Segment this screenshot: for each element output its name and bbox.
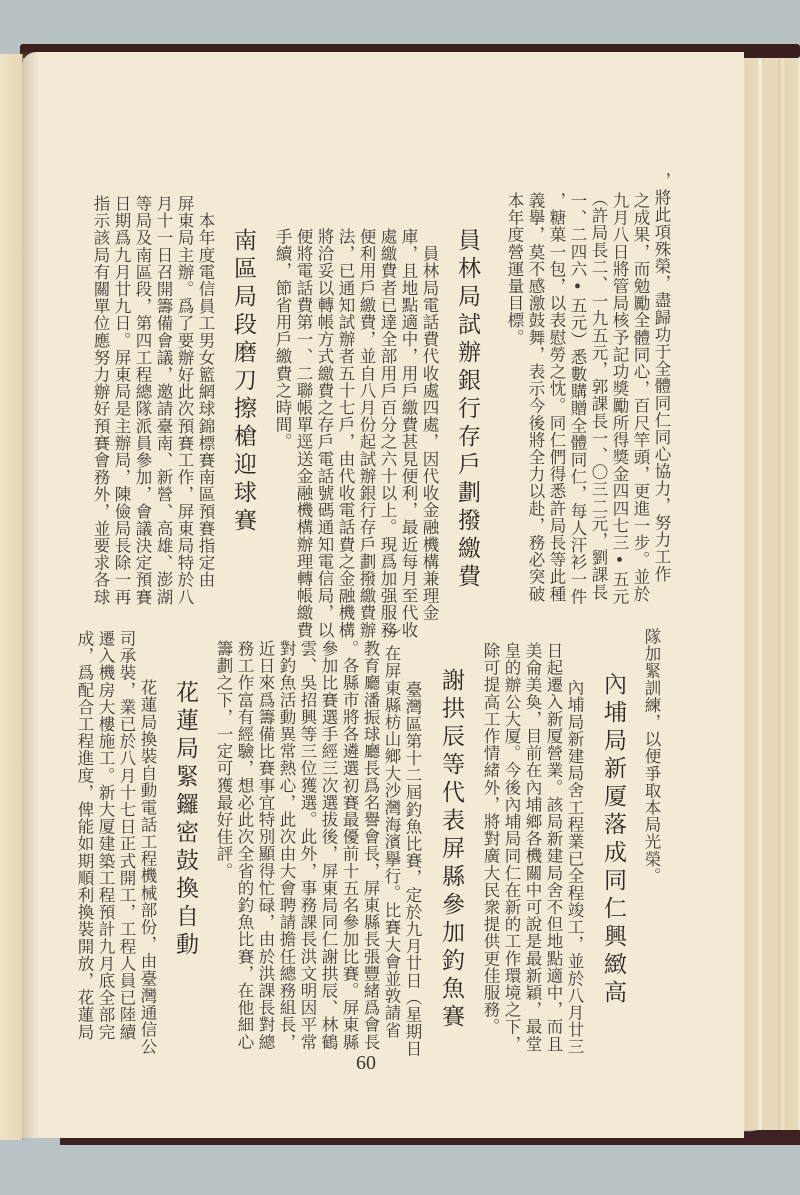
article-title-yuanlin: 員林局試辦銀行存戶劃撥繳費 [452, 228, 482, 592]
text-column: 將洽妥以轉帳方式繳費之存戶電話號碼通知電信局，以 [313, 228, 335, 638]
text-column: 等局及南區段，第四工程總隊派員參加，會議決定預賽 [131, 195, 153, 605]
text-column: 臺灣區第十二屆釣魚比賽，定於九月廿日（星期日 [401, 664, 423, 1057]
text-column: 一、二四六•五元）悉數購贈全體同仁，每人汗衫一件 [566, 192, 588, 605]
text-column: 指示該局有關單位應努力辦好預賽會務外，並要求各球 [89, 195, 111, 605]
article-title-south-region: 南區局段磨刀擦槍迎球賽 [228, 228, 258, 536]
text-column: 參加比賽選手經三次選拔後，屏東局同仁謝拱辰、林鶴 [317, 640, 339, 1050]
text-column: 美侖美奐，目前在內埔鄉各機關中可說是最新穎，最堂 [521, 642, 543, 1052]
text-column: 便將電話費第一、二聯帳單逕送金融機構辦理轉帳繳費 [292, 228, 314, 638]
article-title-hualien: 花蓮局緊鑼密鼓換自動 [170, 680, 200, 960]
text-column: 司承裝，業已於八月十七日正式開工，工程人員已陸續 [115, 630, 137, 1040]
left-page-edge [0, 54, 23, 1140]
text-column: 九月八日將管局核予記功獎勵所得獎金四四七三•五元 [608, 192, 630, 605]
text-column: 隊加緊訓練，以便爭取本局光榮。 [640, 628, 662, 885]
text-column: 花蓮局換裝自動電話工程機械部份，由臺灣通信公 [136, 662, 158, 1055]
text-column: ）在屏東縣枋山鄉大沙灣海濱擧行。比賽大會並敦請省 [380, 628, 402, 1038]
text-column: 法，已通知試辦者五十七戶，由代收電話費之金融機構 [334, 228, 356, 638]
background-bottom [0, 1140, 800, 1195]
text-column: ，將此項殊榮，盡歸功于全體同仁同心協力，努力工作 [650, 172, 672, 582]
text-column: 雲、吳招興等三位獲選。此外，事務課長洪文明因平常 [296, 640, 318, 1050]
text-column: 義擧，莫不感激鼓舞，表示今後將全力以赴，務必突破 [524, 192, 546, 602]
article-title-fishing: 謝拱辰等代表屏縣參加釣魚賽 [436, 668, 466, 1032]
text-column: 日期爲九月廿九日。屏東局是主辦局，陳儉局長除一再 [110, 195, 132, 605]
text-column: 皇的辦公大厦。今後內埔局同仁在新的工作環境之下， [500, 642, 522, 1052]
text-column: 。各縣市將各遴選初賽最優前十五名參加比賽。屏東縣 [338, 640, 360, 1050]
text-column: 籌劃之下，一定可獲最好佳評。 [212, 640, 234, 879]
text-column: 近日來爲籌備比賽事宜特別顯得忙碌，由於洪課長對總 [254, 640, 276, 1050]
text-column: 教育廳潘振球廳長爲名譽會長，屏東縣長張豐緒爲會長 [359, 640, 381, 1050]
text-column: 成，爲配合工程進度，俾能如期順利換裝開放，花蓮局 [73, 630, 95, 1040]
text-column: （許局長二、一九五元，郭課長一、〇三二元，劉課長 [587, 190, 609, 600]
gutter-shadow [22, 52, 40, 1138]
text-column: 務工作富有經驗，想必此次全省的釣魚比賽，在他細心 [233, 640, 255, 1050]
text-column: 本年度電信員工男女籃網球錦標賽南區預賽指定由 [194, 195, 216, 588]
text-column: 屏東局主辦。爲了要辦好此次預賽工作，屏東局特於八 [173, 195, 195, 605]
text-column: 遷入機房大樓施工。新大厦建築工程預計九月底全部完 [94, 630, 116, 1040]
text-column: 員林局電話費代收處四處，因代收金融機構兼理金 [418, 228, 440, 621]
text-column: 庫，且地點適中，用戶繳費甚見便利，最近每月至代收 [397, 228, 419, 638]
text-column: 除可提高工作情緒外，將對廣大民衆提供更佳服務。 [479, 642, 501, 1035]
text-column: 便利用戶繳費，並自八月份起試辦銀行存戶劃撥繳費辦 [355, 228, 377, 638]
text-column: 之成果，而勉勵全體同心，百尺竿頭，更進一步。並於 [629, 192, 651, 602]
text-column: 月十一日召開籌備會議，邀請臺南、新營、高雄、澎湖 [152, 195, 174, 605]
text-column: 處繳費者已達全部用戶百分之六十以上。現爲加强服務 [376, 228, 398, 638]
text-column: 對釣魚活動異常熱心，此次由大會聘請擔任總務組長， [275, 640, 297, 1050]
text-column: 日起遷入新厦營業。該局新建局舍不但地點適中，而且 [542, 642, 564, 1052]
text-column: 手續，節省用戶繳費之時間。 [271, 228, 293, 450]
text-column: 內埔局新建局舍工程業已全程竣工，並於八月廿三 [563, 662, 585, 1055]
text-column: 本年度營運量目標。 [503, 192, 525, 346]
page-number: 60 [356, 1052, 376, 1075]
article-title-neipu: 內埔局新厦落成同仁興緻高 [598, 672, 628, 1008]
text-column: ，糖菓一包，以表慰勞之忱。同仁們得悉許局長等此種 [545, 192, 567, 602]
